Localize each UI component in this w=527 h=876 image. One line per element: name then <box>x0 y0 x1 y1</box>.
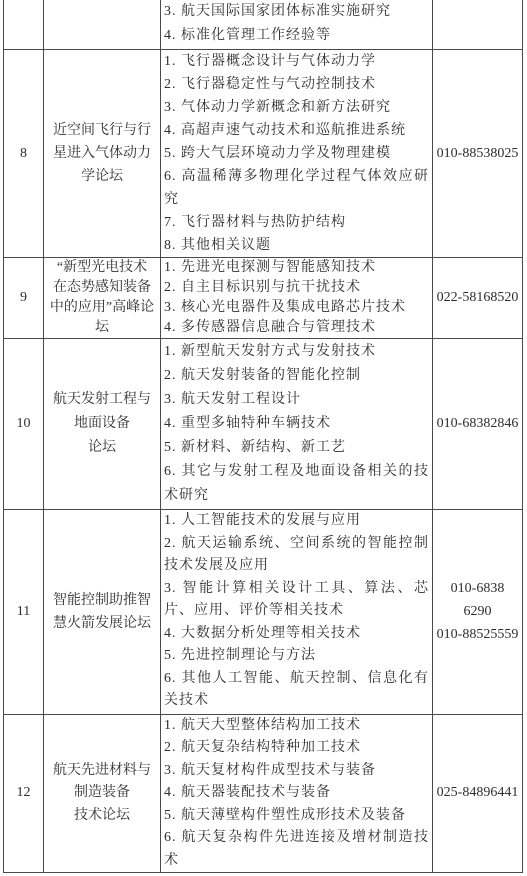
topics-cell: 1. 飞行器概念设计与气体动力学 2. 飞行器稳定性与气动控制技术 3. 气体动… <box>161 49 433 257</box>
forum-name-cell: “新型光电技术 在态势感知装备 中的应用”高峰论 坛 <box>44 257 161 338</box>
phone-cell: 010-6838 6290 010-88525559 <box>433 509 523 714</box>
phone-cell: 010-68382846 <box>433 338 523 509</box>
topics-cell: 1. 人工智能技术的发展与应用 2. 航天运输系统、空间系统的智能控制技术发展及… <box>161 509 433 714</box>
topics-cell: 1. 航天大型整体结构加工技术 2. 航天复杂结构特种加工技术 3. 航天复材构… <box>161 714 433 873</box>
phone-cell: 022-58168520 <box>433 257 523 338</box>
row-number-cell <box>4 0 44 49</box>
topics-cell: 1. 先进光电探测与智能感知技术 2. 自主目标识别与抗干扰技术 3. 核心光电… <box>161 257 433 338</box>
table-row: 8 近空间飞行与行 星进入气体动力 学论坛 1. 飞行器概念设计与气体动力学 2… <box>4 49 523 257</box>
row-number-cell: 11 <box>4 509 44 714</box>
table-row: 11 智能控制助推智 慧火箭发展论坛 1. 人工智能技术的发展与应用 2. 航天… <box>4 509 523 714</box>
table-row: 3. 航天国际国家团体标准实施研究 4. 标准化管理工作经验等 <box>4 0 523 49</box>
table-row: 12 航天先进材料与 制造装备 技术论坛 1. 航天大型整体结构加工技术 2. … <box>4 714 523 873</box>
table-row: 10 航天发射工程与 地面设备 论坛 1. 新型航天发射方式与发射技术 2. 航… <box>4 338 523 509</box>
phone-cell <box>433 0 523 49</box>
topics-cell: 1. 新型航天发射方式与发射技术 2. 航天发射装备的智能化控制 3. 航天发射… <box>161 338 433 509</box>
forum-name-cell: 航天先进材料与 制造装备 技术论坛 <box>44 714 161 873</box>
forum-name-cell: 智能控制助推智 慧火箭发展论坛 <box>44 509 161 714</box>
forum-name-cell: 航天发射工程与 地面设备 论坛 <box>44 338 161 509</box>
row-number-cell: 8 <box>4 49 44 257</box>
forum-name-cell: 近空间飞行与行 星进入气体动力 学论坛 <box>44 49 161 257</box>
phone-cell: 010-88538025 <box>433 49 523 257</box>
row-number-cell: 10 <box>4 338 44 509</box>
row-number-cell: 9 <box>4 257 44 338</box>
topics-cell: 3. 航天国际国家团体标准实施研究 4. 标准化管理工作经验等 <box>161 0 433 49</box>
row-number-cell: 12 <box>4 714 44 873</box>
forum-schedule-table: 3. 航天国际国家团体标准实施研究 4. 标准化管理工作经验等 8 近空间飞行与… <box>3 0 523 873</box>
table-row: 9 “新型光电技术 在态势感知装备 中的应用”高峰论 坛 1. 先进光电探测与智… <box>4 257 523 338</box>
phone-cell: 025-84896441 <box>433 714 523 873</box>
document-page: 3. 航天国际国家团体标准实施研究 4. 标准化管理工作经验等 8 近空间飞行与… <box>0 0 527 876</box>
forum-name-cell <box>44 0 161 49</box>
